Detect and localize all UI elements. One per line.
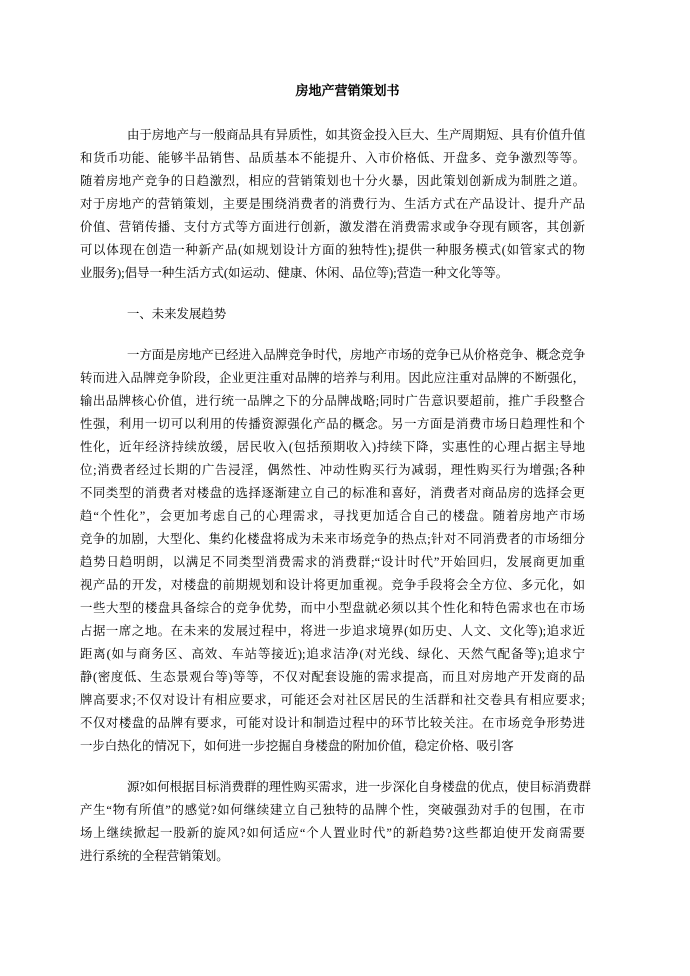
section-heading-future-trends: 一、未来发展趋势 (80, 303, 585, 326)
text-line: 不仅对楼盘的品牌有要求，可能对设计和制造过程中的环节比较关注。在市场竞争形势进 (80, 712, 585, 735)
text-line: 趋势日趋明朗，以满足不同类型消费需求的消费群;“设计时代”开始回归，发展商更加重 (80, 551, 585, 574)
text-line: 进行系统的全程营销策划。 (80, 845, 585, 868)
text-line: 可以体现在创造一种新产品(如规划设计方面的独特性);提供一种服务模式(如管家式的… (80, 239, 585, 262)
text-line: 性化，近年经济持续放缓，居民收入(包括预期收入)持续下降，实惠性的心理占据主导地 (80, 436, 585, 459)
text-line: 不同类型的消费者对楼盘的选择逐渐建立自己的标准和喜好，消费者对商品房的选择会更 (80, 482, 585, 505)
text-line: 场上继续掀起一股新的旋风?如何适应“个人置业时代”的新趋势?这些都迫使开发商需要 (80, 822, 585, 845)
text-line: 趋“个性化”，会更加考虑自己的心理需求，寻找更加适合自己的楼盘。随着房地产市场 (80, 505, 585, 528)
text-line: 视产品的开发，对楼盘的前期规划和设计将更加重视。竞争手段将会全方位、多元化，如 (80, 574, 585, 597)
paragraph-intro: 由于房地产与一般商品具有异质性，如其资金投入巨大、生产周期短、具有价值升值和货币… (80, 124, 585, 285)
text-line: 位;消费者经过长期的广告浸淫，偶然性、冲动性购买行为减弱，理性购买行为增强;各种 (80, 459, 585, 482)
text-line: 一方面是房地产已经进入品牌竞争时代，房地产市场的竞争已从价格竞争、概念竞争 (80, 344, 585, 367)
text-line: 源?如何根据目标消费群的理性购买需求，进一步深化自身楼盘的优点，使目标消费群 (80, 776, 585, 799)
document-content: 房地产营销策划书 由于房地产与一般商品具有异质性，如其资金投入巨大、生产周期短、… (80, 79, 585, 868)
text-line: 价值、营销传播、支付方式等方面进行创新，激发潜在消费需求或争夺现有顾客，其创新 (80, 216, 585, 239)
text-line: 竞争的加剧，大型化、集约化楼盘将成为未来市场竞争的热点;针对不同消费者的市场细分 (80, 528, 585, 551)
text-line: 距离(如与商务区、高效、车站等接近);追求洁净(对光线、绿化、天然气配备等);追… (80, 643, 585, 666)
paragraph-trends: 一方面是房地产已经进入品牌竞争时代，房地产市场的竞争已从价格竞争、概念竞争转而进… (80, 344, 585, 758)
text-line: 牌高要求;不仅对设计有相应要求，可能还会对社区居民的生活群和社交卷具有相应要求; (80, 689, 585, 712)
paragraph-closing: 源?如何根据目标消费群的理性购买需求，进一步深化自身楼盘的优点，使目标消费群产生… (80, 776, 585, 868)
text-line: 业服务);倡导一种生活方式(如运动、健康、休闲、品位等);营造一种文化等等。 (80, 262, 585, 285)
text-line: 对于房地产的营销策划，主要是围绕消费者的消费行为、生活方式在产品设计、提升产品 (80, 193, 585, 216)
text-line: 由于房地产与一般商品具有异质性，如其资金投入巨大、生产周期短、具有价值升值 (80, 124, 585, 147)
text-line: 和货币功能、能够半品销售、品质基本不能提升、入市价格低、开盘多、竞争激烈等等。 (80, 147, 585, 170)
text-line: 一、未来发展趋势 (80, 303, 585, 326)
text-line: 性强，利用一切可以利用的传播资源强化产品的概念。另一方面是消费市场日趋理性和个 (80, 413, 585, 436)
text-line: 转而进入品牌竞争阶段，企业更注重对品牌的培养与利用。因此应注重对品牌的不断强化， (80, 367, 585, 390)
text-line: 一些大型的楼盘具备综合的竞争优势，而中小型盘就必须以其个性化和特色需求也在市场 (80, 597, 585, 620)
document-title: 房地产营销策划书 (80, 79, 585, 102)
text-line: 占据一席之地。在未来的发展过程中，将进一步追求境界(如历史、人文、文化等);追求… (80, 620, 585, 643)
text-line: 输出品牌核心价值，进行统一品牌之下的分品牌战略;同时广告意识要超前，推广手段整合 (80, 390, 585, 413)
text-line: 一步白热化的情况下，如何进一步挖掘自身楼盘的附加价值，稳定价格、吸引客 (80, 735, 585, 758)
text-line: 产生“物有所值”的感觉?如何继续建立自己独特的品牌个性，突破强劲对手的包围，在市 (80, 799, 585, 822)
text-line: 静(密度低、生态景观台等)等等，不仅对配套设施的需求提高，而且对房地产开发商的品 (80, 666, 585, 689)
text-line: 随着房地产竞争的日趋激烈，相应的营销策划也十分火暴，因此策划创新成为制胜之道。 (80, 170, 585, 193)
document-page: 房地产营销策划书 由于房地产与一般商品具有异质性，如其资金投入巨大、生产周期短、… (0, 0, 690, 976)
